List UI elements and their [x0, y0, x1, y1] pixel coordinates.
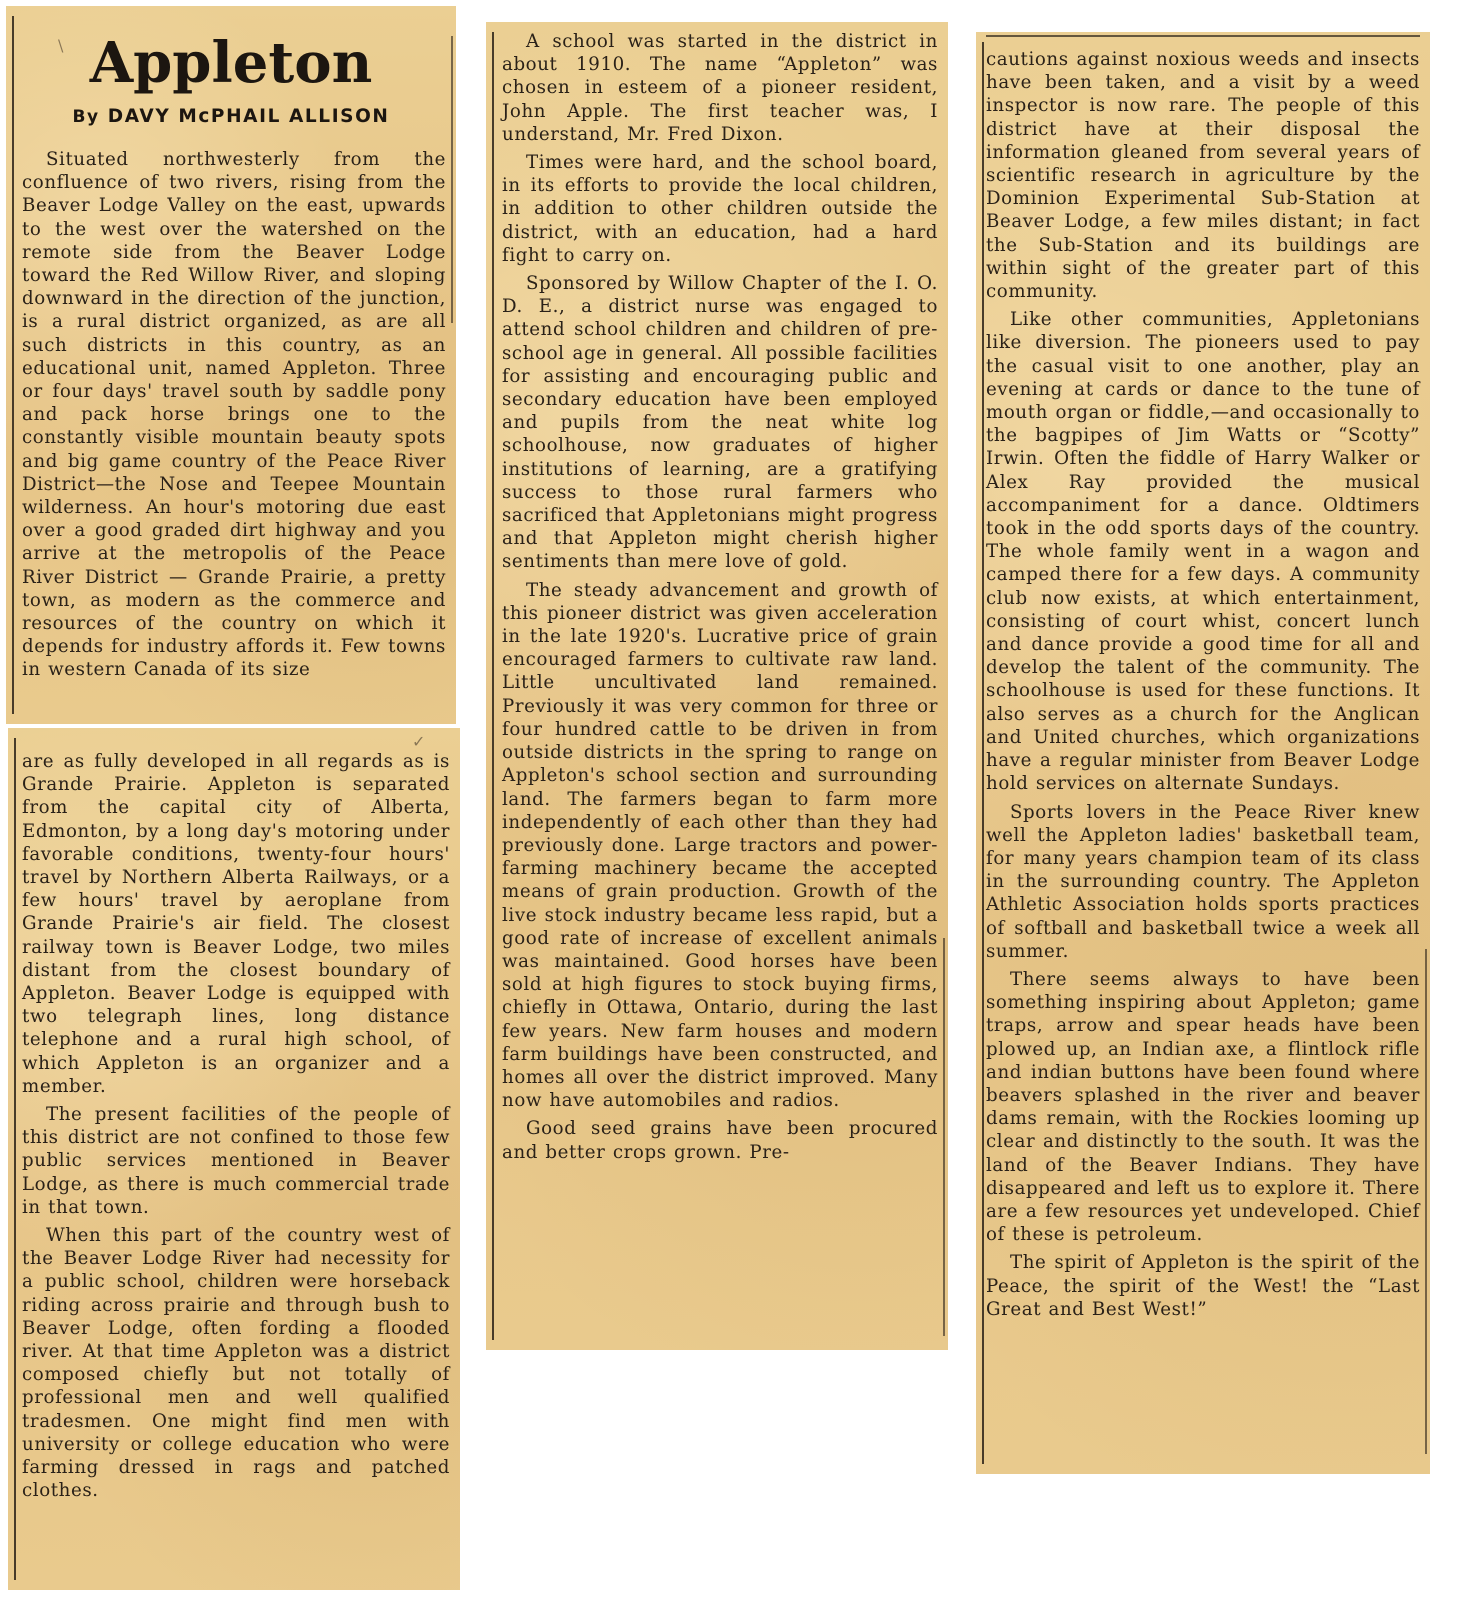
article-text-col3: cautions against noxious weeds and insec…	[986, 48, 1420, 1321]
paragraph: The steady advancement and growth of thi…	[502, 579, 938, 1113]
article-text-col1-bottom: are as fully developed in all regards as…	[22, 750, 450, 1503]
paragraph: Times were hard, and the school board, i…	[502, 151, 938, 267]
headline: Appleton	[6, 30, 456, 96]
clipping-border	[986, 35, 1420, 37]
paragraph: The present facilities of the people of …	[22, 1103, 450, 1219]
clipping-column-1-bottom: ✓ are as fully developed in all regards …	[8, 728, 460, 1590]
byline-author: DAVY McPHAIL ALLISON	[108, 106, 390, 127]
clipping-border	[492, 32, 494, 1340]
paragraph: When this part of the country west of th…	[22, 1224, 450, 1502]
clipping-column-1-top: \ Appleton By DAVY McPHAIL ALLISON Situa…	[6, 6, 456, 724]
clipping-border	[14, 738, 16, 1580]
paragraph: Sponsored by Willow Chapter of the I. O.…	[502, 272, 938, 574]
paragraph: Situated northwesterly from the confluen…	[22, 148, 446, 682]
paragraph: A school was started in the district in …	[502, 30, 938, 146]
paragraph: Good seed grains have been procured and …	[502, 1117, 938, 1163]
byline: By DAVY McPHAIL ALLISON	[6, 106, 456, 127]
byline-prefix: By	[72, 107, 99, 127]
paragraph: The spirit of Appleton is the spirit of …	[986, 1251, 1420, 1321]
clipping-border	[982, 42, 984, 1464]
paragraph: are as fully developed in all regards as…	[22, 750, 450, 1098]
ink-mark: ✓	[412, 732, 425, 751]
paragraph: Like other communities, Appletonians lik…	[986, 308, 1420, 795]
article-text-col1-top: Situated northwesterly from the confluen…	[22, 148, 446, 682]
article-text-col2: A school was started in the district in …	[502, 30, 938, 1164]
clipping-border	[1425, 949, 1427, 1454]
paragraph: There seems always to have been somethin…	[986, 968, 1420, 1246]
clipping-column-2: A school was started in the district in …	[486, 22, 948, 1350]
clipping-border	[943, 938, 945, 1336]
paragraph: Sports lovers in the Peace River knew we…	[986, 801, 1420, 963]
clipping-column-3: cautions against noxious weeds and insec…	[976, 32, 1430, 1474]
paragraph: cautions against noxious weeds and insec…	[986, 48, 1420, 303]
